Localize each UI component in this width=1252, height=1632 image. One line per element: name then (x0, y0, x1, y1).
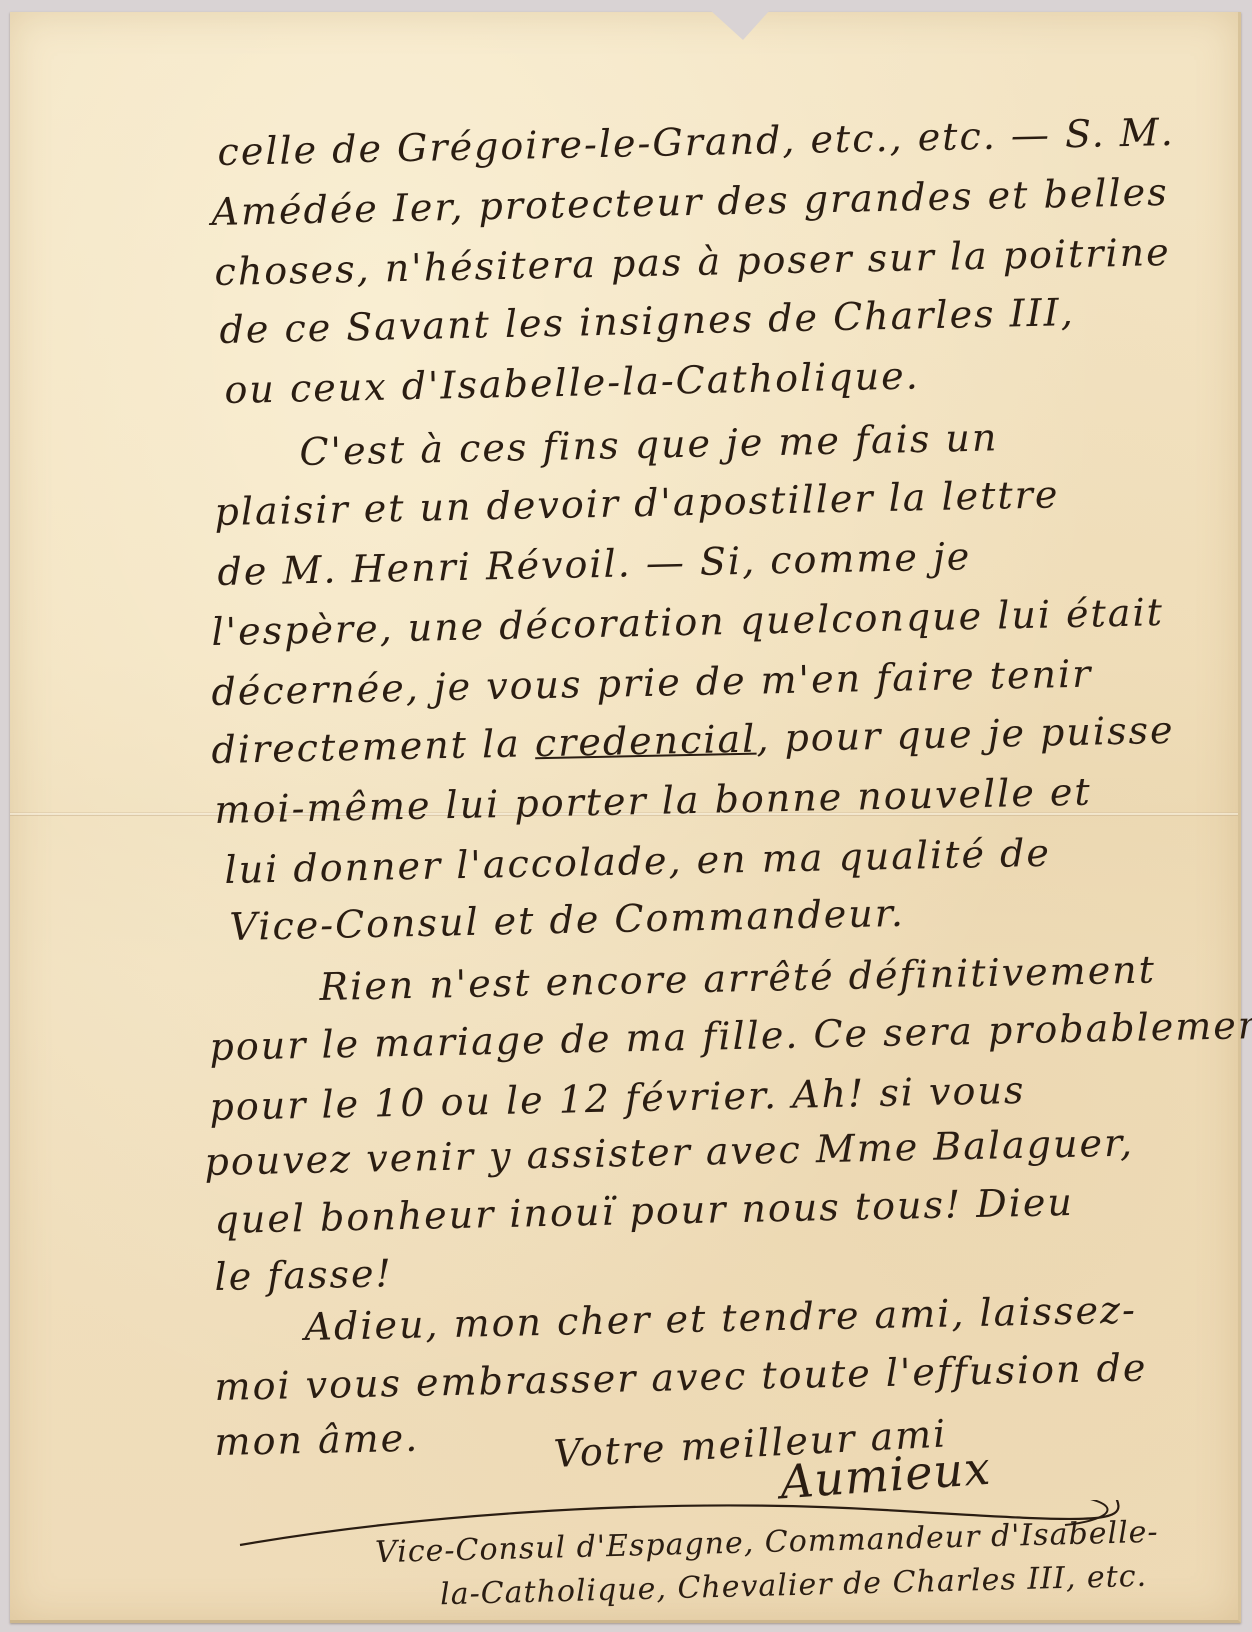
letter-line: pour le mariage de ma fille. Ce sera pro… (209, 1003, 1252, 1069)
underlined-word: credencial (534, 717, 756, 766)
letter-line: Amédée Ier, protecteur des grandes et be… (211, 170, 1169, 234)
letter-line: lui donner l'accolade, en ma qualité de (224, 831, 1051, 892)
letter-line: plaisir et un devoir d'apostiller la let… (214, 472, 1060, 534)
letter-line: Adieu, mon cher et tendre ami, laissez- (304, 1288, 1137, 1349)
letter-line: Rien n'est encore arrêté définitivement (319, 947, 1156, 1009)
letter-line: choses, n'hésitera pas à poser sur la po… (214, 230, 1171, 294)
letter-line: le fasse! (214, 1251, 393, 1299)
letter-line: moi vous embrasser avec toute l'effusion… (214, 1345, 1148, 1409)
letter-line: de M. Henri Révoil. — Si, comme je (217, 534, 972, 594)
letter-line: directement la credencial, pour que je p… (211, 708, 1175, 772)
letter-line: de ce Savant les insignes de Charles III… (219, 290, 1075, 352)
letter-line-text: directement la credencial, pour que je p… (211, 708, 1175, 772)
letter-line: décernée, je vous prie de m'en faire ten… (211, 652, 1093, 714)
letter-line: quel bonheur inouï pour nous tous! Dieu (214, 1180, 1074, 1242)
letter-line: l'espère, une décoration quelconque lui … (211, 590, 1164, 654)
scanned-letter: celle de Grégoire-le-Grand, etc., etc. —… (0, 0, 1252, 1632)
letter-line: pouvez venir y assister avec Mme Balague… (204, 1121, 1134, 1184)
letter-line: celle de Grégoire-le-Grand, etc., etc. —… (217, 110, 1175, 174)
letter-line: pour le 10 ou le 12 février. Ah! si vous (209, 1068, 1026, 1129)
letter-line: moi-même lui porter la bonne nouvelle et (214, 770, 1092, 832)
letter-line: mon âme. (214, 1416, 420, 1464)
letter-line: Vice-Consul et de Commandeur. (229, 891, 905, 949)
letter-line: C'est à ces fins que je me fais un (299, 415, 999, 474)
letter-line: ou ceux d'Isabelle-la-Catholique. (224, 353, 920, 412)
letter-body: celle de Grégoire-le-Grand, etc., etc. —… (0, 0, 1252, 1632)
